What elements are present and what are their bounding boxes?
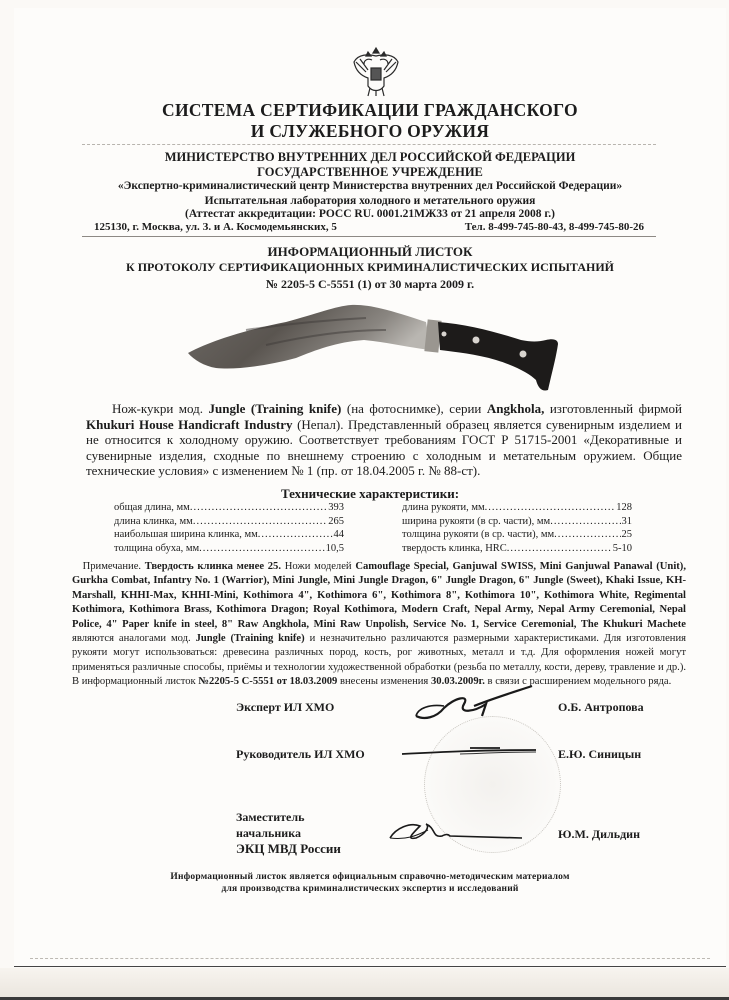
spec-row: толщина обуха, мм10,5	[114, 542, 344, 556]
spec-value: 393	[327, 501, 344, 515]
signer-role: Руководитель ИЛ ХМО	[236, 747, 365, 762]
ministry-name: МИНИСТЕРСТВО ВНУТРЕННИХ ДЕЛ РОССИЙСКОЙ Ф…	[14, 150, 726, 165]
system-title-line2: И СЛУЖЕБНОГО ОРУЖИЯ	[14, 121, 726, 142]
system-title-line1: СИСТЕМА СЕРТИФИКАЦИИ ГРАЖДАНСКОГО	[14, 100, 726, 121]
institution-type: ГОСУДАРСТВЕННОЕ УЧРЕЖДЕНИЕ	[14, 165, 726, 180]
signer-role: Эксперт ИЛ ХМО	[236, 700, 334, 715]
spec-label: твердость клинка, HRC	[402, 542, 507, 556]
address: 125130, г. Москва, ул. З. и А. Космодемь…	[94, 221, 337, 233]
laboratory-name: Испытательная лаборатория холодного и ме…	[14, 195, 726, 207]
signer-name: Ю.М. Дильдин	[558, 826, 640, 842]
info-sheet-subtitle: К ПРОТОКОЛУ СЕРТИФИКАЦИОННЫХ КРИМИНАЛИСТ…	[14, 260, 726, 275]
spec-value: 31	[621, 515, 633, 529]
scan-edge	[0, 968, 729, 1000]
description-paragraph: Нож-кукри мод. Jungle (Training knife) (…	[86, 401, 682, 479]
signer-role-line: начальника	[236, 825, 341, 841]
spec-label: наибольшая ширина клинка, мм	[114, 528, 258, 542]
spec-label: толщина обуха, мм	[114, 542, 199, 556]
spec-value: 5-10	[612, 542, 632, 556]
signature-icon	[386, 816, 526, 846]
institution-name: «Экспертно-криминалистический центр Мини…	[14, 180, 726, 192]
spec-value: 44	[333, 528, 345, 542]
phones: Тел. 8-499-745-80-43, 8-499-745-80-26	[465, 221, 644, 233]
spec-row: длина клинка, мм265	[114, 515, 344, 529]
spec-row: наибольшая ширина клинка, мм44	[114, 528, 344, 542]
specs-table: общая длина, мм393 длина рукояти, мм128 …	[114, 501, 674, 555]
signer-role-line: Заместитель	[236, 809, 341, 825]
signature-icon	[400, 744, 540, 760]
footer-line1: Информационный листок является официальн…	[14, 872, 726, 882]
manufacturer-name: Khukuri House Handicraft Industry	[86, 417, 293, 432]
model-name: Jungle (Training knife)	[209, 401, 342, 416]
signer-role: Заместитель начальника ЭКЦ МВД России	[236, 809, 341, 857]
protocol-number: № 2205-5 С-5551 (1) от 30 марта 2009 г.	[14, 277, 726, 292]
spec-value: 128	[615, 501, 632, 515]
note-text: Ножи моделей	[281, 561, 355, 572]
info-sheet-title: ИНФОРМАЦИОННЫЙ ЛИСТОК	[14, 244, 726, 260]
spec-row: длина рукояти, мм128	[402, 501, 632, 515]
signer-name: О.Б. Антропова	[558, 700, 644, 715]
signer-role-line: ЭКЦ МВД России	[236, 841, 341, 857]
spec-row: общая длина, мм393	[114, 501, 344, 515]
specs-title: Технические характеристики:	[14, 486, 726, 502]
note-emphasis: Твердость клинка менее 25.	[145, 561, 281, 572]
divider	[82, 236, 656, 237]
document-page: СИСТЕМА СЕРТИФИКАЦИИ ГРАЖДАНСКОГО И СЛУЖ…	[14, 8, 726, 967]
spec-value: 265	[327, 515, 344, 529]
reference-number: №2205-5 С-5551 от 18.03.2009	[198, 676, 337, 687]
model-name: Jungle (Training knife)	[196, 633, 305, 644]
spec-label: общая длина, мм	[114, 501, 190, 515]
russian-coat-of-arms-icon	[346, 42, 406, 98]
accreditation: (Аттестат аккредитации: РОСС RU. 0001.21…	[14, 208, 726, 220]
spec-label: длина рукояти, мм	[402, 501, 485, 515]
footer-line2: для производства криминалистических эксп…	[14, 884, 726, 894]
spec-row: твердость клинка, HRC5-10	[402, 542, 632, 556]
description-text: Нож-кукри мод.	[112, 401, 209, 416]
spec-value: 25	[621, 528, 633, 542]
spec-label: толщина рукояти (в ср. части), мм	[402, 528, 554, 542]
spec-row: толщина рукояти (в ср. части), мм25	[402, 528, 632, 542]
spec-value: 10,5	[325, 542, 344, 556]
signature-icon	[414, 684, 534, 724]
signer-name: Е.Ю. Синицын	[558, 747, 641, 762]
spec-label: ширина рукояти (в ср. части), мм	[402, 515, 550, 529]
divider	[30, 958, 710, 959]
divider	[82, 144, 656, 145]
spec-label: длина клинка, мм	[114, 515, 193, 529]
note-text: являются аналогами мод.	[72, 633, 196, 644]
description-text: изготовленный фирмой	[544, 401, 682, 416]
note-paragraph: Примечание. Твердость клинка менее 25. Н…	[72, 560, 686, 690]
khukuri-knife-photo	[186, 300, 578, 396]
spec-row: ширина рукояти (в ср. части), мм31	[402, 515, 632, 529]
description-text: (на фотоснимке), серии	[341, 401, 487, 416]
contact-line: 125130, г. Москва, ул. З. и А. Космодемь…	[94, 221, 644, 233]
series-name: Angkhola,	[487, 401, 544, 416]
note-text: Примечание.	[83, 561, 145, 572]
